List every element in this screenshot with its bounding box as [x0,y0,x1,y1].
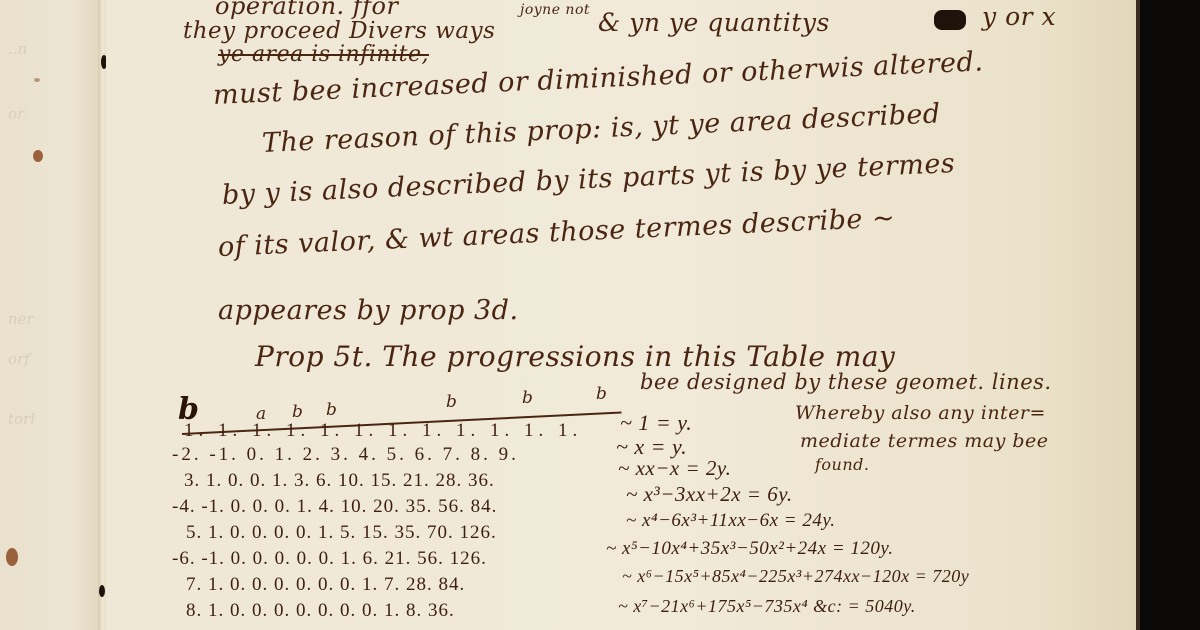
column-mark: b [446,392,457,412]
ink-spot [34,78,40,82]
side-note: mediate termes may bee [800,430,1049,452]
text-line: appeares by prop 3d. [218,295,519,326]
text-line: & yn ye quantitys [598,8,830,37]
equation: ~ xx−x = 2y. [618,456,731,481]
side-note: Whereby also any inter= [795,402,1046,424]
sequence: 3. 1. 0. 0. 1. 3. 6. 10. 15. 21. 28. 36. [184,470,495,492]
text-line: bee designed by these geomet. lines. [640,370,1052,394]
equation: ~ x⁵−10x⁴+35x³−50x²+24x = 120y. [606,538,894,560]
column-mark: b [292,402,303,422]
side-note: found. [815,455,870,474]
text-line: they proceed Divers ways [183,18,495,44]
ghost-text: orf [8,350,30,368]
equation: ~ 1 = y. [620,410,692,436]
column-mark: b [596,384,607,404]
ink-blot [934,10,966,30]
sequence: 7. 1. 0. 0. 0. 0. 0. 0. 1. 7. 28. 84. [186,574,465,596]
ghost-text: torl [8,410,35,428]
text-line: y or x [982,2,1056,31]
ink-spot [6,548,18,566]
sequence: -2. -1. 0. 1. 2. 3. 4. 5. 6. 7. 8. 9. [172,444,519,466]
background [1140,0,1200,630]
sequence: -6. -1. 0. 0. 0. 0. 0. 1. 6. 21. 56. 126… [172,548,487,570]
struck-text: ye area is infinite, [218,42,429,67]
sequence: 1. 1. 1. 1. 1. 1. 1. 1. 1. 1. 1. 1. [184,420,582,442]
facing-page: ..n or ner orf torl [0,0,100,630]
ghost-text: or [8,105,24,123]
column-mark: b [522,388,533,408]
sequence: 5. 1. 0. 0. 0. 0. 1. 5. 15. 35. 70. 126. [186,522,497,544]
column-mark: b [326,400,337,420]
equation: ~ x⁴−6x³+11xx−6x = 24y. [626,510,836,532]
equation: ~ x³−3xx+2x = 6y. [626,482,793,507]
text-line: operation. ffor [215,0,398,20]
ghost-text: ner [8,310,34,328]
ghost-text: ..n [8,40,27,58]
equation: ~ x⁶−15x⁵+85x⁴−225x³+274xx−120x = 720y [622,566,969,587]
proposition-heading: Prop 5t. The progressions in this Table … [255,340,895,373]
sequence: 8. 1. 0. 0. 0. 0. 0. 0. 0. 1. 8. 36. [186,600,455,622]
binding-gutter [98,0,106,630]
interlinear-note: joyne not [520,2,590,18]
equation: ~ x⁷−21x⁶+175x⁵−735x⁴ &c: = 5040y. [618,596,916,617]
ink-spot [33,150,43,162]
sequence: -4. -1. 0. 0. 0. 1. 4. 10. 20. 35. 56. 8… [172,496,497,518]
binding-hole [99,585,105,597]
